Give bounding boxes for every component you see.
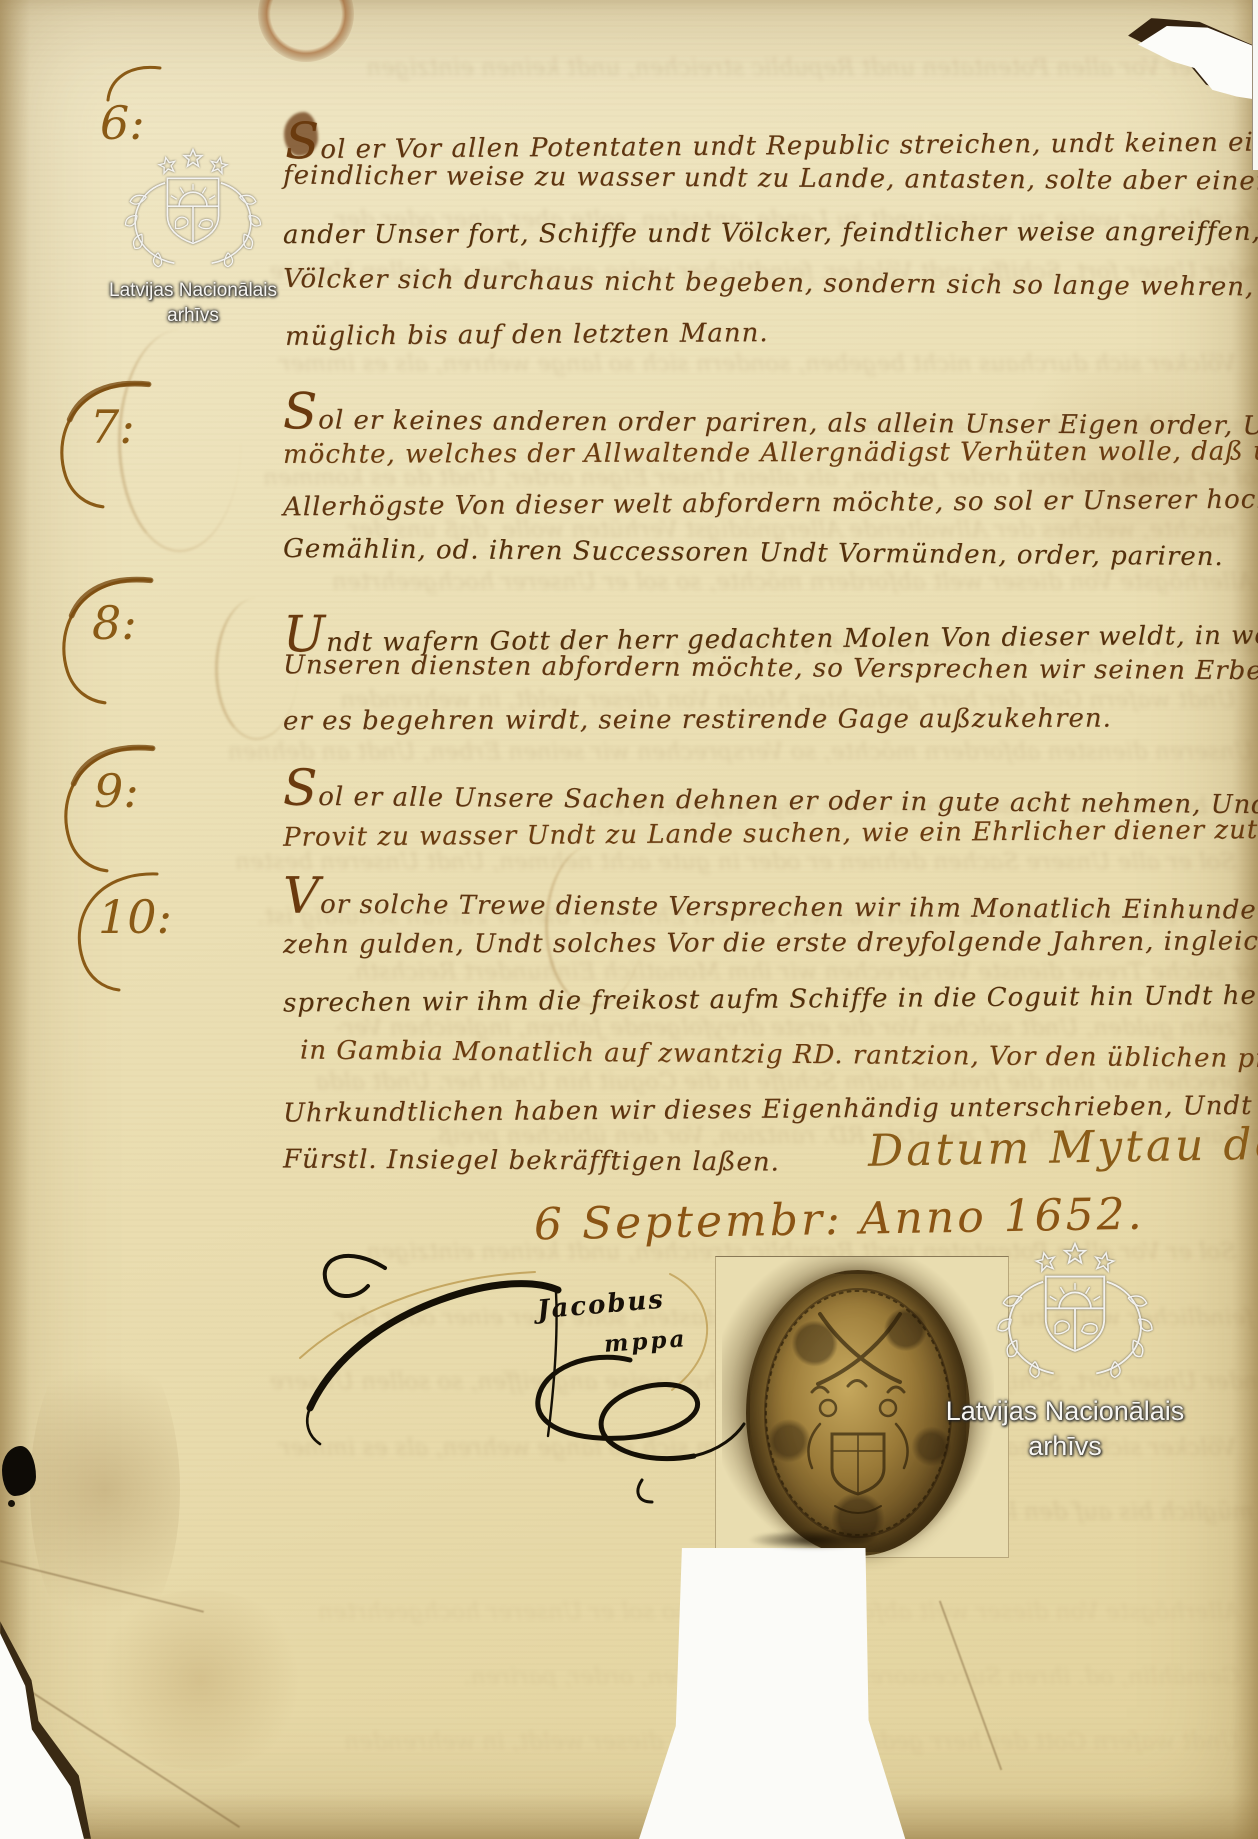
- latvia-coat-of-arms-icon: [995, 1242, 1155, 1388]
- scan-edge-sliver: [1252, 0, 1258, 170]
- manuscript-line: Sol er Vor allen Potentaten undt Republi…: [285, 108, 1258, 166]
- archive-name-line1: Latvijas Nacionālais: [73, 280, 313, 302]
- manuscript-line: in Gambia Monatlich auf zwantzig RD. ran…: [300, 1038, 1258, 1073]
- manuscript-line: feindlicher weise zu wasser undt zu Land…: [283, 163, 1258, 196]
- scanned-manuscript-page: Sol er Vor allen Potentaten undt Republi…: [0, 0, 1258, 1839]
- manuscript-line: sprechen wir ihm die freikost aufm Schif…: [283, 982, 1258, 1017]
- paper-crease: [939, 1600, 1002, 1770]
- ink-blot-speck: [8, 1500, 15, 1507]
- manuscript-line: müglich bis auf den letzten Mann.: [285, 320, 769, 350]
- manuscript-line: zehn gulden, Undt solches Vor die erste …: [283, 928, 1258, 958]
- manuscript-line: Sol er alle Unsere Sachen dehnen er oder…: [283, 763, 1258, 824]
- manuscript-line: Gemählin, od. ihren Successoren Undt Vor…: [283, 536, 1224, 570]
- manuscript-line: Vor solche Trewe dienste Versprechen wir…: [283, 871, 1258, 928]
- section-number-7: 7:: [46, 376, 166, 511]
- manuscript-line: möchte, welches der Allwaltende Allergnä…: [283, 438, 1258, 468]
- manuscript-line: Sol er keines anderen order pariren, als…: [283, 386, 1258, 444]
- section-number-8: 8:: [48, 572, 168, 707]
- paper-edge-left: [0, 0, 30, 1839]
- paper-crease: [0, 1560, 204, 1612]
- ink-blot: [2, 1446, 36, 1496]
- archive-name-line2: arhīvs: [73, 305, 313, 327]
- manuscript-line: Allerhögste Von dieser welt abfordern mö…: [283, 486, 1258, 521]
- seal-bottom-smudge: [748, 1530, 878, 1550]
- paper-edge-bottom: [0, 1793, 1258, 1839]
- manuscript-line: er es begehren wirdt, seine restirende G…: [283, 706, 1112, 735]
- manuscript-line: ander Unser fort, Schiffe undt Völcker, …: [283, 218, 1258, 248]
- manuscript-line: Provit zu wasser Undt zu Lande suchen, w…: [283, 815, 1258, 851]
- date-place-line: Datum Mytau den: [868, 1122, 1258, 1174]
- signature-manu-propria: mppa: [603, 1327, 688, 1356]
- wax-seal: [746, 1270, 970, 1556]
- manuscript-line: Unseren diensten abfordern möchte, so Ve…: [283, 652, 1258, 686]
- ducal-signature-flourish: [290, 1238, 760, 1538]
- soft-stain: [30, 1330, 180, 1650]
- section-number-10: 10:: [60, 868, 190, 998]
- section-number-9: 9:: [50, 740, 170, 875]
- bleedthrough-flourish: [545, 845, 643, 1007]
- section-number-6: 6:: [88, 62, 168, 182]
- soft-stain: [90, 1590, 310, 1770]
- manuscript-line: Völcker sich durchaus nicht begeben, son…: [283, 266, 1258, 302]
- rust-ring-stain: [258, 0, 354, 62]
- closing-line: Fürstl. Insiegel bekräfftigen laßen.: [283, 1146, 780, 1175]
- seal-coat-of-arms-icon: [750, 1274, 966, 1552]
